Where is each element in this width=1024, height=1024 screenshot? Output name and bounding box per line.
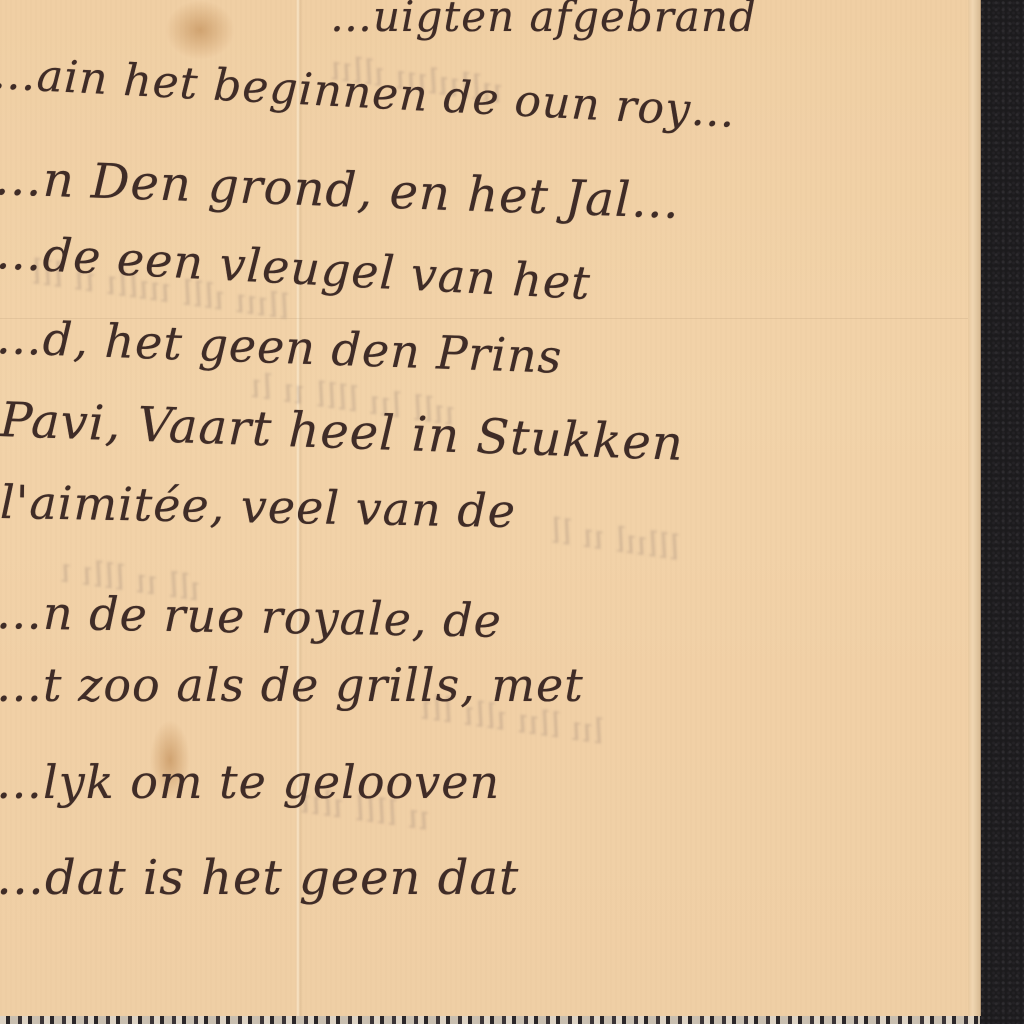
paper-bottom-edge xyxy=(0,1016,980,1024)
paper-sheet: ııllıılııı ıllıı llııı ılll ıııllı ıı ll… xyxy=(0,0,980,1016)
manuscript-line-8: …n de rue royale, de xyxy=(0,585,502,648)
manuscript-scene: ııllıılııı ıllıı llııı ılll ıııllı ıı ll… xyxy=(0,0,1024,1024)
manuscript-line-1: …uigten afgebrand xyxy=(330,0,757,41)
manuscript-line-10: …lyk om te gelooven xyxy=(0,755,500,809)
manuscript-line-5: …d, het geen den Prins xyxy=(0,310,563,384)
manuscript-line-9: …t zoo als de grills, met xyxy=(0,658,584,712)
manuscript-line-6: Pavi, Vaart heel in Stukken xyxy=(0,392,685,472)
ink-stain xyxy=(165,0,235,60)
manuscript-line-11: …dat is het geen dat xyxy=(0,850,519,906)
reverse-bleed-text: lllııl ıı ll xyxy=(548,511,683,569)
manuscript-line-7: l'aimitée, veel van de xyxy=(0,475,517,538)
paper-right-edge xyxy=(968,0,981,1016)
manuscript-line-3: …n Den grond, en het Jal… xyxy=(0,150,681,230)
